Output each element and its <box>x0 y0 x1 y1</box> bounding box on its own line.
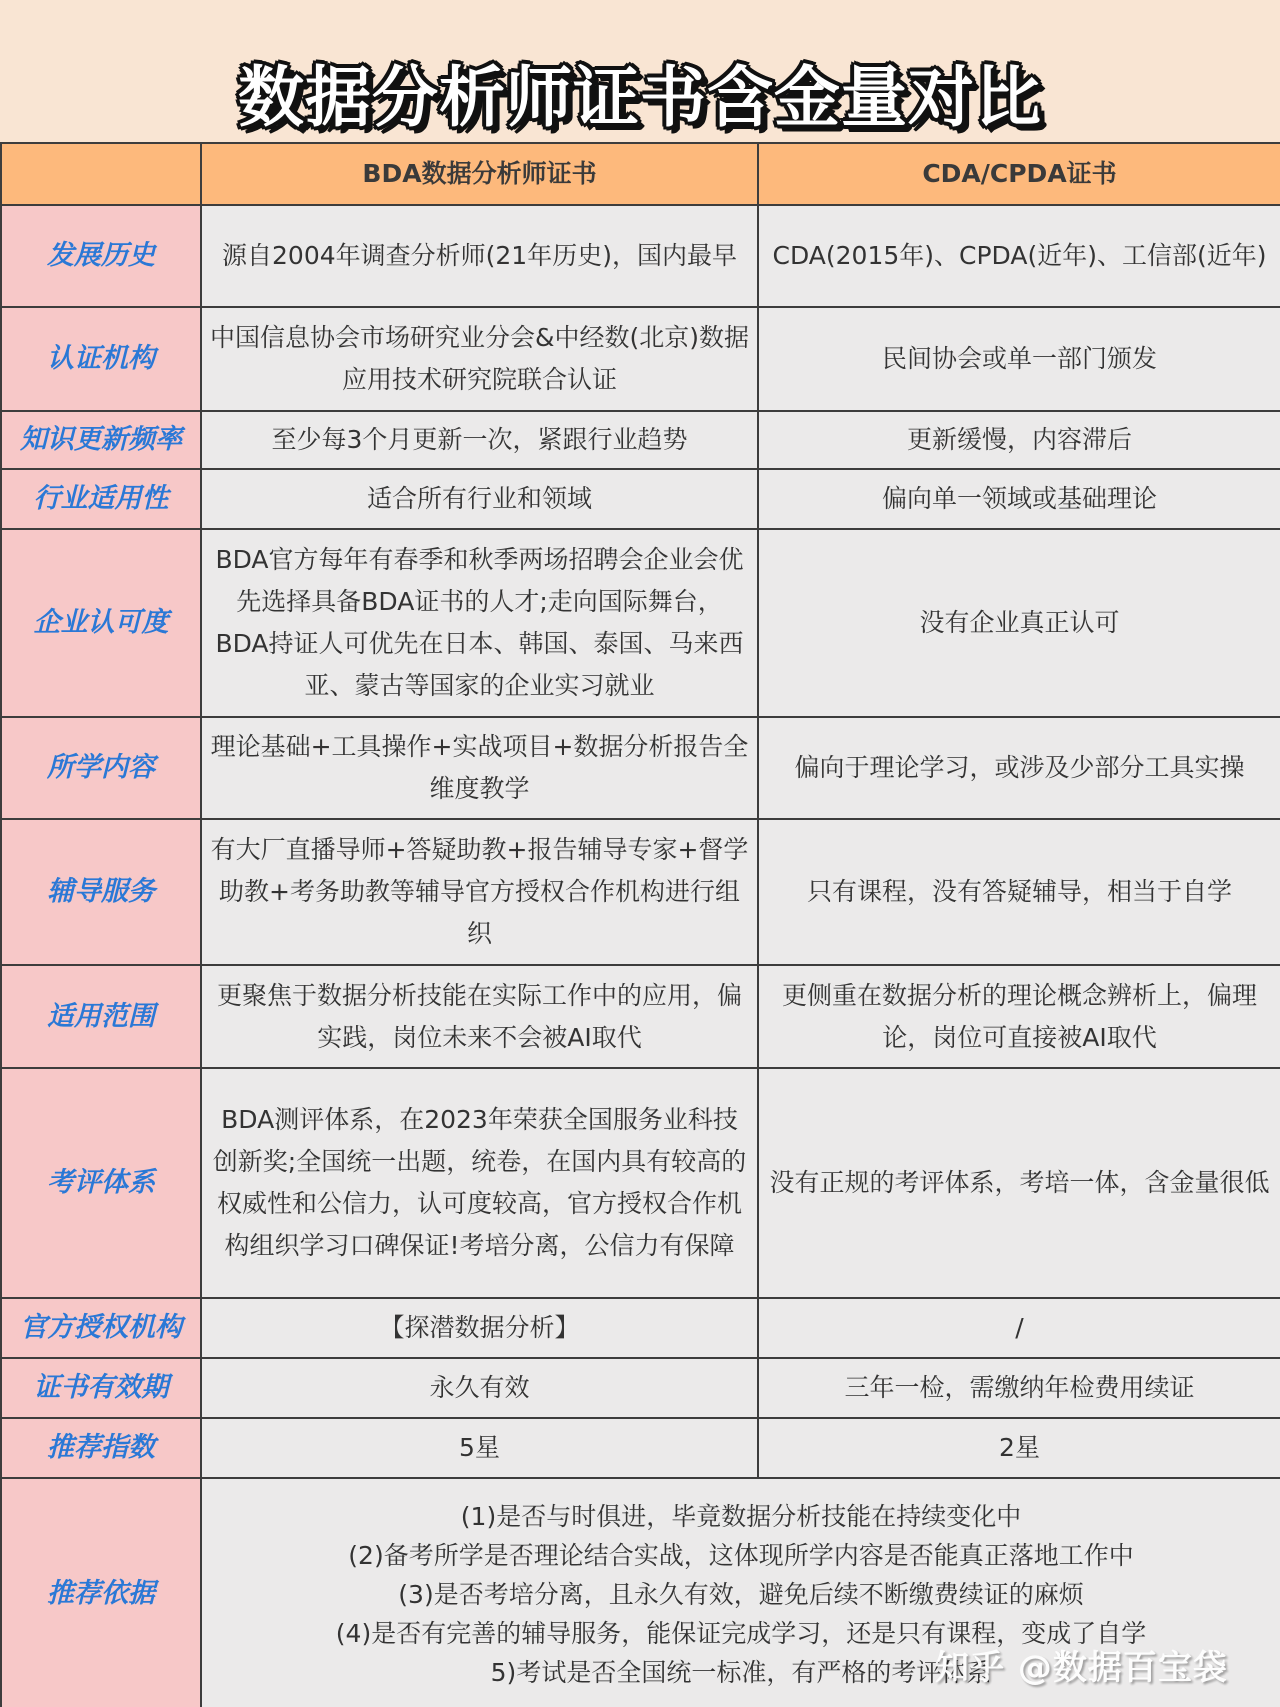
page-title: 数据分析师证书含金量对比 <box>238 44 1042 139</box>
header-cda: CDA/CPDA证书 <box>758 143 1280 205</box>
table-row: 证书有效期 永久有效 三年一检，需缴纳年检费用续证 <box>1 1358 1280 1418</box>
table-row: 知识更新频率 至少每3个月更新一次，紧跟行业趋势 更新缓慢，内容滞后 <box>1 411 1280 469</box>
row-label: 发展历史 <box>1 205 201 307</box>
cda-cell: 更侧重在数据分析的理论概念辨析上，偏理论，岗位可直接被AI取代 <box>758 965 1280 1068</box>
cda-cell: 没有正规的考评体系，考培一体，含金量很低 <box>758 1068 1280 1298</box>
header-corner <box>1 143 201 205</box>
row-label: 考评体系 <box>1 1068 201 1298</box>
table-row: 认证机构 中国信息协会市场研究业分会&中经数(北京)数据应用技术研究院联合认证 … <box>1 307 1280 411</box>
cda-cell: 只有课程，没有答疑辅导，相当于自学 <box>758 819 1280 965</box>
row-label: 企业认可度 <box>1 529 201 717</box>
comparison-table: BDA数据分析师证书 CDA/CPDA证书 发展历史 源自2004年调查分析师(… <box>0 142 1280 1707</box>
cda-cell: / <box>758 1298 1280 1358</box>
table-row: 考评体系 BDA测评体系，在2023年荣获全国服务业科技创新奖;全国统一出题，统… <box>1 1068 1280 1298</box>
basis-item: (1)是否与时俱进，毕竟数据分析技能在持续变化中 <box>210 1497 1272 1536</box>
watermark: 知乎 @数据百宝袋 <box>935 1640 1228 1689</box>
row-label: 推荐依据 <box>1 1478 201 1707</box>
row-label: 行业适用性 <box>1 469 201 529</box>
bda-cell: 有大厂直播导师+答疑助教+报告辅导专家+督学助教+考务助教等辅导官方授权合作机构… <box>201 819 758 965</box>
row-label: 知识更新频率 <box>1 411 201 469</box>
basis-item: (3)是否考培分离，且永久有效，避免后续不断缴费续证的麻烦 <box>210 1575 1272 1614</box>
bda-cell: 适合所有行业和领域 <box>201 469 758 529</box>
bda-cell: 理论基础+工具操作+实战项目+数据分析报告全维度教学 <box>201 717 758 819</box>
table-row: 所学内容 理论基础+工具操作+实战项目+数据分析报告全维度教学 偏向于理论学习，… <box>1 717 1280 819</box>
row-label: 证书有效期 <box>1 1358 201 1418</box>
cda-cell: 偏向单一领域或基础理论 <box>758 469 1280 529</box>
table-row: 推荐指数 5星 2星 <box>1 1418 1280 1478</box>
bda-cell: 源自2004年调查分析师(21年历史)，国内最早 <box>201 205 758 307</box>
bda-cell: 更聚焦于数据分析技能在实际工作中的应用，偏实践，岗位未来不会被AI取代 <box>201 965 758 1068</box>
row-label: 推荐指数 <box>1 1418 201 1478</box>
row-label: 所学内容 <box>1 717 201 819</box>
table-row: 适用范围 更聚焦于数据分析技能在实际工作中的应用，偏实践，岗位未来不会被AI取代… <box>1 965 1280 1068</box>
table-row: 官方授权机构 【探潜数据分析】 / <box>1 1298 1280 1358</box>
table-row: 辅导服务 有大厂直播导师+答疑助教+报告辅导专家+督学助教+考务助教等辅导官方授… <box>1 819 1280 965</box>
cda-cell: 偏向于理论学习，或涉及少部分工具实操 <box>758 717 1280 819</box>
bda-cell: 永久有效 <box>201 1358 758 1418</box>
table-header-row: BDA数据分析师证书 CDA/CPDA证书 <box>1 143 1280 205</box>
cda-cell: CDA(2015年)、CPDA(近年)、工信部(近年) <box>758 205 1280 307</box>
bda-cell: BDA测评体系，在2023年荣获全国服务业科技创新奖;全国统一出题，统卷，在国内… <box>201 1068 758 1298</box>
row-label: 适用范围 <box>1 965 201 1068</box>
cda-cell: 2星 <box>758 1418 1280 1478</box>
bda-cell: 中国信息协会市场研究业分会&中经数(北京)数据应用技术研究院联合认证 <box>201 307 758 411</box>
basis-item: (2)备考所学是否理论结合实战，这体现所学内容是否能真正落地工作中 <box>210 1536 1272 1575</box>
bda-cell: 5星 <box>201 1418 758 1478</box>
cda-cell: 民间协会或单一部门颁发 <box>758 307 1280 411</box>
table-row: 行业适用性 适合所有行业和领域 偏向单一领域或基础理论 <box>1 469 1280 529</box>
header-bda: BDA数据分析师证书 <box>201 143 758 205</box>
table-row: 企业认可度 BDA官方每年有春季和秋季两场招聘会企业会优先选择具备BDA证书的人… <box>1 529 1280 717</box>
bda-cell: BDA官方每年有春季和秋季两场招聘会企业会优先选择具备BDA证书的人才;走向国际… <box>201 529 758 717</box>
bda-cell: 【探潜数据分析】 <box>201 1298 758 1358</box>
bda-cell: 至少每3个月更新一次，紧跟行业趋势 <box>201 411 758 469</box>
row-label: 认证机构 <box>1 307 201 411</box>
cda-cell: 更新缓慢，内容滞后 <box>758 411 1280 469</box>
row-label: 官方授权机构 <box>1 1298 201 1358</box>
row-label: 辅导服务 <box>1 819 201 965</box>
table-row: 发展历史 源自2004年调查分析师(21年历史)，国内最早 CDA(2015年)… <box>1 205 1280 307</box>
cda-cell: 没有企业真正认可 <box>758 529 1280 717</box>
cda-cell: 三年一检，需缴纳年检费用续证 <box>758 1358 1280 1418</box>
title-banner: 数据分析师证书含金量对比 <box>0 0 1280 142</box>
